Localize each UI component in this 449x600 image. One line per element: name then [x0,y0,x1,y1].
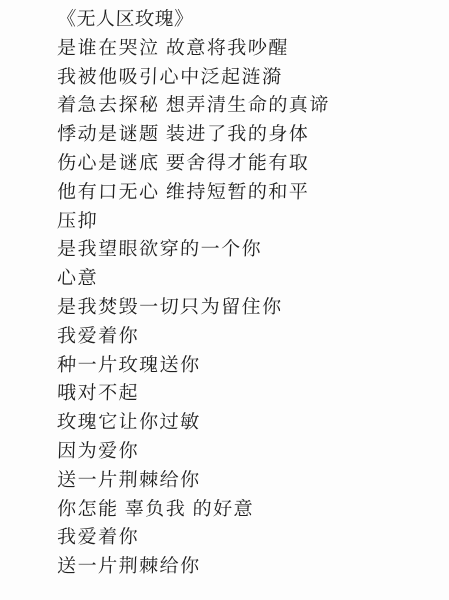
lyric-line: 玫瑰它让你过敏 [56,409,439,438]
lyric-line: 压抑 [56,208,439,237]
lyric-line: 我爱着你 [56,524,439,553]
lyrics-body: 是谁在哭泣 故意将我吵醒我被他吸引心中泛起涟漪着急去探秘 想弄清生命的真谛悸动是… [57,35,439,582]
lyric-line: 种一片玫瑰送你 [56,352,439,381]
lyric-line: 是我焚毁一切只为留住你 [56,294,439,323]
lyric-line: 心意 [56,265,439,294]
lyric-line: 是我望眼欲穿的一个你 [56,236,439,265]
lyric-line: 他有口无心 维持短暂的和平 [56,179,439,208]
lyric-line: 我被他吸引心中泛起涟漪 [56,64,439,93]
lyric-line: 着急去探秘 想弄清生命的真谛 [56,92,439,121]
lyric-line: 我爱着你 [56,323,439,352]
lyric-line: 送一片荆棘给你 [56,553,439,582]
lyric-line: 你怎能 辜负我 的好意 [56,496,439,525]
lyric-line: 送一片荆棘给你 [56,467,439,496]
lyric-line: 是谁在哭泣 故意将我吵醒 [56,35,439,64]
lyric-line: 伤心是谜底 要舍得才能有取 [56,150,439,179]
lyric-line: 悸动是谜题 装进了我的身体 [56,121,439,150]
song-title: 《无人区玫瑰》 [56,6,439,35]
lyric-line: 哦对不起 [56,380,439,409]
lyric-line: 因为爱你 [56,438,439,467]
lyrics-page: 《无人区玫瑰》 是谁在哭泣 故意将我吵醒我被他吸引心中泛起涟漪着急去探秘 想弄清… [0,0,449,600]
